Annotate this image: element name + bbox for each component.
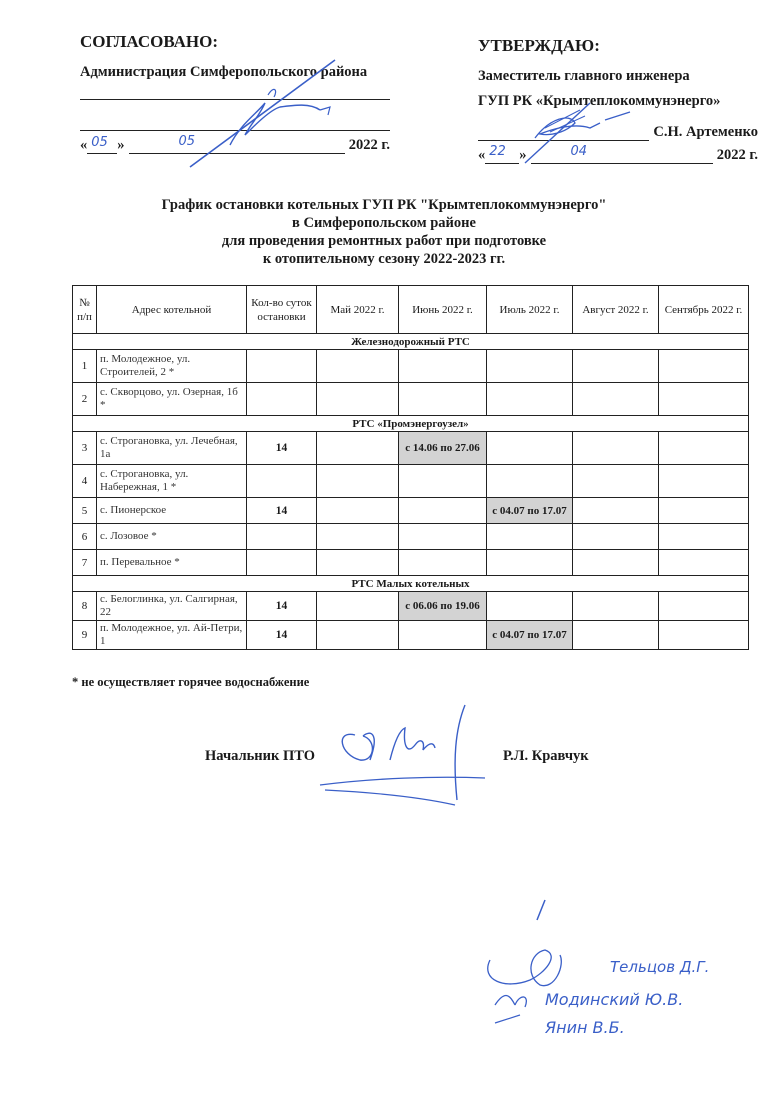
approval-year-right: 2022 г. bbox=[717, 147, 758, 164]
table-group-row: РТС «Промэнергоузел» bbox=[73, 416, 749, 432]
row-number: 5 bbox=[73, 498, 97, 524]
footnote: * не осуществляет горячее водоснабжение bbox=[72, 675, 309, 690]
signature-signoff-icon bbox=[315, 700, 495, 810]
signoff-position: Начальник ПТО bbox=[205, 748, 315, 764]
period-may bbox=[317, 524, 399, 550]
period-june bbox=[399, 350, 487, 383]
period-may bbox=[317, 498, 399, 524]
header-address: Адрес котельной bbox=[97, 286, 247, 334]
header-num: № п/п bbox=[73, 286, 97, 334]
period-september bbox=[659, 350, 749, 383]
boiler-address: с. Строгановка, ул. Набережная, 1 * bbox=[97, 465, 247, 498]
period-may bbox=[317, 550, 399, 576]
shutdown-days: 14 bbox=[247, 621, 317, 650]
period-august bbox=[573, 432, 659, 465]
period-august bbox=[573, 350, 659, 383]
title-line-1: График остановки котельных ГУП РК "Крымт… bbox=[100, 196, 668, 214]
header-june: Июнь 2022 г. bbox=[399, 286, 487, 334]
row-number: 1 bbox=[73, 350, 97, 383]
row-number: 4 bbox=[73, 465, 97, 498]
period-august bbox=[573, 465, 659, 498]
boiler-address: с. Пионерское bbox=[97, 498, 247, 524]
period-june bbox=[399, 621, 487, 650]
signoff-name: Р.Л. Кравчук bbox=[503, 748, 589, 765]
table-row: 1п. Молодежное, ул. Строителей, 2 * bbox=[73, 350, 749, 383]
period-july bbox=[487, 592, 573, 621]
header-september: Сентябрь 2022 г. bbox=[659, 286, 749, 334]
period-may bbox=[317, 621, 399, 650]
table-row: 6с. Лозовое * bbox=[73, 524, 749, 550]
table-header-row: № п/п Адрес котельной Кол-во суток остан… bbox=[73, 286, 749, 334]
period-august bbox=[573, 498, 659, 524]
period-august bbox=[573, 550, 659, 576]
period-july bbox=[487, 432, 573, 465]
header-may: Май 2022 г. bbox=[317, 286, 399, 334]
period-june bbox=[399, 498, 487, 524]
shutdown-days bbox=[247, 465, 317, 498]
signature-left-icon bbox=[170, 55, 370, 170]
period-june bbox=[399, 465, 487, 498]
period-august bbox=[573, 621, 659, 650]
handwritten-note-3: Янин В.Б. bbox=[545, 1018, 625, 1037]
period-september bbox=[659, 592, 749, 621]
period-june bbox=[399, 524, 487, 550]
table-row: 2с. Скворцово, ул. Озерная, 1б * bbox=[73, 383, 749, 416]
period-may bbox=[317, 350, 399, 383]
shutdown-days bbox=[247, 524, 317, 550]
title-line-4: к отопительному сезону 2022-2023 гг. bbox=[100, 250, 668, 268]
boiler-address: с. Лозовое * bbox=[97, 524, 247, 550]
boiler-address: п. Молодежное, ул. Строителей, 2 * bbox=[97, 350, 247, 383]
period-july: с 04.07 по 17.07 bbox=[487, 498, 573, 524]
period-july bbox=[487, 465, 573, 498]
approval-heading-right: УТВЕРЖДАЮ: bbox=[478, 36, 758, 56]
header-days: Кол-во суток остановки bbox=[247, 286, 317, 334]
period-september bbox=[659, 432, 749, 465]
table-row: 9п. Молодежное, ул. Ай-Петри, 114с 04.07… bbox=[73, 621, 749, 650]
title-line-2: в Симферопольском районе bbox=[100, 214, 668, 232]
row-number: 3 bbox=[73, 432, 97, 465]
period-august bbox=[573, 592, 659, 621]
shutdown-days bbox=[247, 350, 317, 383]
shutdown-days: 14 bbox=[247, 498, 317, 524]
shutdown-schedule-table: № п/п Адрес котельной Кол-во суток остан… bbox=[72, 285, 749, 650]
header-july: Июль 2022 г. bbox=[487, 286, 573, 334]
boiler-address: п. Молодежное, ул. Ай-Петри, 1 bbox=[97, 621, 247, 650]
period-september bbox=[659, 498, 749, 524]
period-september bbox=[659, 550, 749, 576]
group-name: РТС Малых котельных bbox=[73, 576, 749, 592]
period-august bbox=[573, 524, 659, 550]
title-line-3: для проведения ремонтных работ при подго… bbox=[100, 232, 668, 250]
table-row: 3с. Строгановка, ул. Лечебная, 1а14с 14.… bbox=[73, 432, 749, 465]
period-may bbox=[317, 592, 399, 621]
table-group-row: Железнодорожный РТС bbox=[73, 334, 749, 350]
period-may bbox=[317, 465, 399, 498]
period-june: с 06.06 по 19.06 bbox=[399, 592, 487, 621]
table-row: 5с. Пионерское14с 04.07 по 17.07 bbox=[73, 498, 749, 524]
group-name: РТС «Промэнергоузел» bbox=[73, 416, 749, 432]
row-number: 2 bbox=[73, 383, 97, 416]
period-august bbox=[573, 383, 659, 416]
shutdown-days: 14 bbox=[247, 592, 317, 621]
signature-right-icon bbox=[520, 98, 640, 168]
handwritten-day: 05 bbox=[91, 135, 108, 150]
shutdown-days bbox=[247, 383, 317, 416]
boiler-address: с. Строгановка, ул. Лечебная, 1а bbox=[97, 432, 247, 465]
handwritten-note-1: Тельцов Д.Г. bbox=[610, 958, 709, 976]
period-june bbox=[399, 383, 487, 416]
period-june bbox=[399, 550, 487, 576]
boiler-address: с. Белоглинка, ул. Салгирная, 22 bbox=[97, 592, 247, 621]
group-name: Железнодорожный РТС bbox=[73, 334, 749, 350]
period-september bbox=[659, 383, 749, 416]
period-may bbox=[317, 383, 399, 416]
boiler-address: с. Скворцово, ул. Озерная, 1б * bbox=[97, 383, 247, 416]
period-may bbox=[317, 432, 399, 465]
handwritten-day: 22 bbox=[489, 144, 506, 159]
shutdown-days bbox=[247, 550, 317, 576]
table-group-row: РТС Малых котельных bbox=[73, 576, 749, 592]
row-number: 9 bbox=[73, 621, 97, 650]
table-row: 4с. Строгановка, ул. Набережная, 1 * bbox=[73, 465, 749, 498]
table-row: 7п. Перевальное * bbox=[73, 550, 749, 576]
period-september bbox=[659, 621, 749, 650]
period-june: с 14.06 по 27.06 bbox=[399, 432, 487, 465]
row-number: 8 bbox=[73, 592, 97, 621]
period-september bbox=[659, 524, 749, 550]
period-july bbox=[487, 550, 573, 576]
table-row: 8с. Белоглинка, ул. Салгирная, 2214с 06.… bbox=[73, 592, 749, 621]
handwritten-note-2: Модинский Ю.В. bbox=[545, 990, 683, 1009]
period-september bbox=[659, 465, 749, 498]
header-august: Август 2022 г. bbox=[573, 286, 659, 334]
approval-signatory: С.Н. Артеменко bbox=[653, 124, 758, 141]
period-july bbox=[487, 350, 573, 383]
boiler-address: п. Перевальное * bbox=[97, 550, 247, 576]
row-number: 6 bbox=[73, 524, 97, 550]
row-number: 7 bbox=[73, 550, 97, 576]
approval-heading-left: СОГЛАСОВАНО: bbox=[80, 32, 390, 52]
period-july: с 04.07 по 17.07 bbox=[487, 621, 573, 650]
shutdown-days: 14 bbox=[247, 432, 317, 465]
period-july bbox=[487, 383, 573, 416]
approval-position-right: Заместитель главного инженера bbox=[478, 68, 758, 85]
document-title: График остановки котельных ГУП РК "Крымт… bbox=[100, 196, 668, 268]
period-july bbox=[487, 524, 573, 550]
